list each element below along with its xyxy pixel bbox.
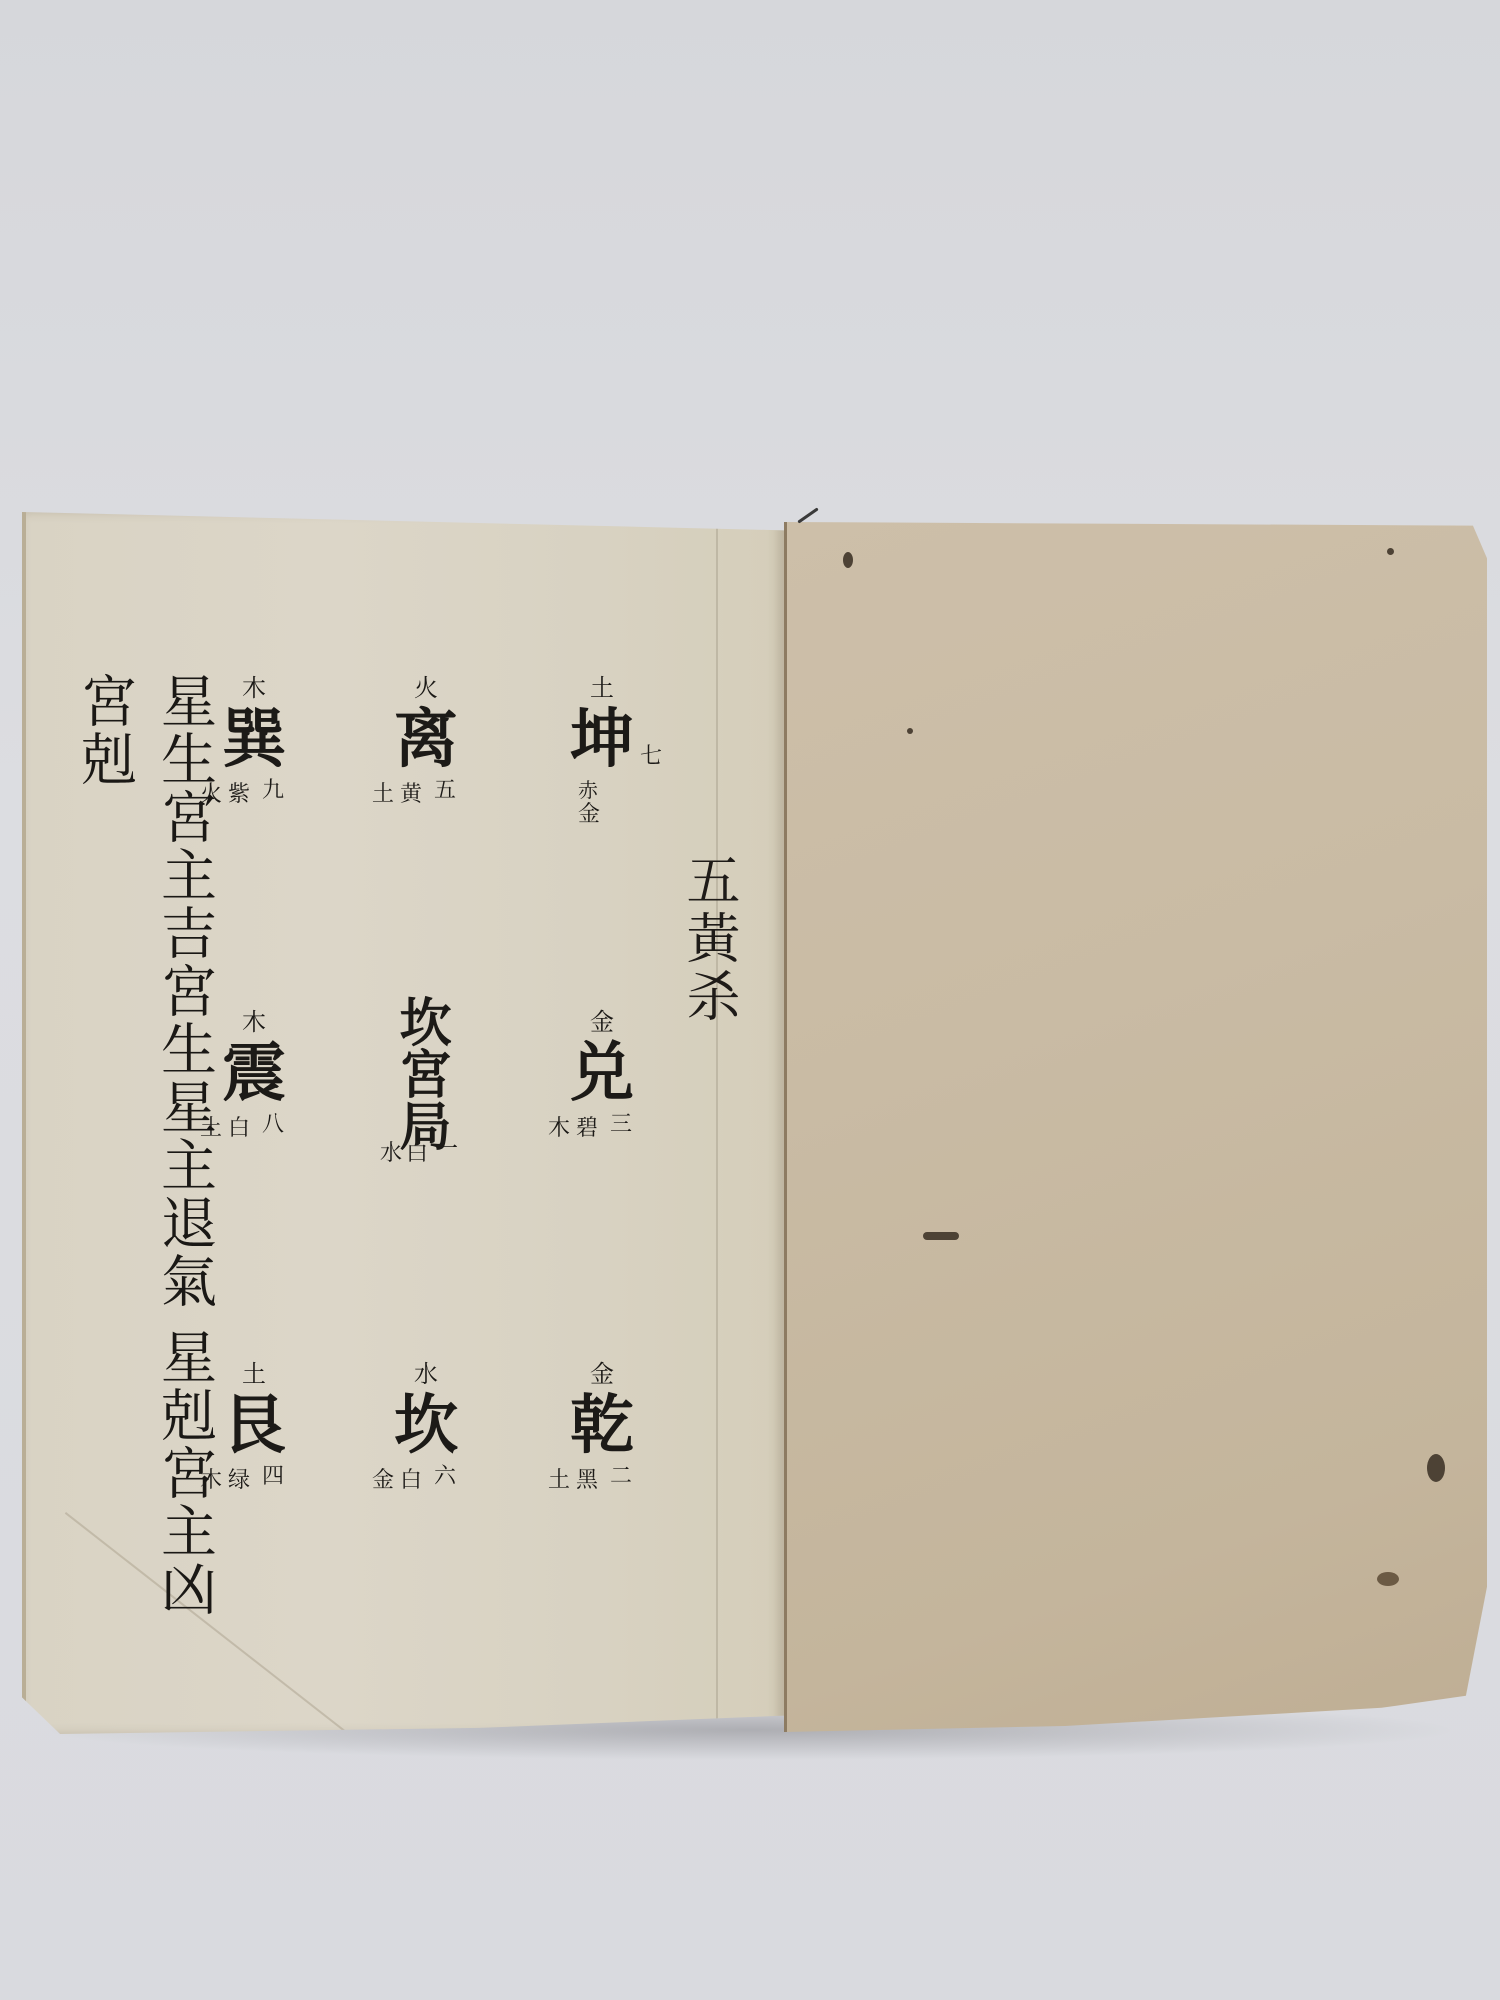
paper-stain: [1387, 548, 1394, 555]
star-number: 五: [434, 780, 456, 802]
star-color: 绿: [228, 1470, 250, 1492]
page-title: 五黃杀: [688, 852, 748, 1026]
element-below: 水: [380, 1143, 402, 1165]
star-number: 九: [262, 780, 284, 802]
star-number: 一: [436, 1139, 458, 1161]
element-above: 木: [242, 1010, 266, 1034]
paper-stain: [1427, 1454, 1445, 1482]
page-fold-line: [716, 512, 718, 1734]
grid-cell-kun: 土 坤 七 赤 金: [548, 676, 678, 816]
trigram: 震: [222, 1042, 286, 1106]
paper-stain: [1377, 1572, 1399, 1586]
element-above: 金: [590, 1010, 614, 1034]
element-below: 木: [548, 1118, 570, 1140]
star-number: 八: [262, 1114, 284, 1136]
element-above: 木: [242, 676, 266, 700]
trigram: 巽: [222, 708, 286, 772]
star-color: 黄: [400, 784, 422, 806]
right-page-blank: [784, 522, 1487, 1732]
star-color: 紫: [228, 784, 250, 806]
trigram: 坎: [394, 1394, 458, 1458]
paper-stain: [923, 1232, 959, 1240]
star-color: 白: [406, 1143, 428, 1165]
trigram: 离: [394, 708, 458, 772]
element-above: 水: [414, 1362, 438, 1386]
open-book: 五黃杀 土 坤 七 赤 金 金 兑 木 碧 三 金 乾 土 黑 二 火 离 土 …: [0, 0, 1500, 2000]
element-below: 金: [578, 804, 600, 826]
element-above: 土: [590, 676, 614, 700]
trigram: 兑: [570, 1042, 634, 1106]
grid-cell-qian: 金 乾 土 黑 二: [548, 1362, 678, 1502]
grid-cell-dui: 金 兑 木 碧 三: [548, 1010, 678, 1150]
star-color: 白: [228, 1118, 250, 1140]
element-above: 火: [414, 676, 438, 700]
binding-thread: [797, 507, 818, 523]
star-color: 白: [400, 1470, 422, 1492]
trigram: 乾: [570, 1394, 634, 1458]
trigram: 艮: [222, 1394, 286, 1458]
star-color: 赤: [578, 780, 598, 800]
element-below: 土: [372, 784, 394, 806]
side-note: 星生宮主吉宮生星主退氣星剋宮主凶宮剋: [64, 672, 224, 1652]
element-above: 金: [590, 1362, 614, 1386]
grid-cell-center: 坎宮局 水 白 一: [380, 995, 510, 1165]
element-below: 金: [372, 1470, 394, 1492]
paper-stain: [843, 552, 853, 568]
star-color: 黑: [576, 1470, 598, 1492]
star-number: 四: [262, 1466, 284, 1488]
paper-stain: [907, 728, 913, 734]
star-number: 七: [640, 746, 662, 768]
star-color: 碧: [576, 1118, 598, 1140]
trigram: 坤: [570, 708, 634, 772]
star-number: 二: [610, 1466, 632, 1488]
element-above: 土: [242, 1362, 266, 1386]
star-number: 三: [610, 1114, 632, 1136]
grid-cell-li: 火 离 土 黄 五: [372, 676, 502, 816]
center-label: 坎宮局: [394, 995, 446, 1151]
element-below: 土: [548, 1470, 570, 1492]
side-note-line-1: 星生宮主吉宮生星主退氣: [152, 672, 217, 1310]
star-number: 六: [434, 1466, 456, 1488]
grid-cell-kan: 水 坎 金 白 六: [372, 1362, 502, 1502]
